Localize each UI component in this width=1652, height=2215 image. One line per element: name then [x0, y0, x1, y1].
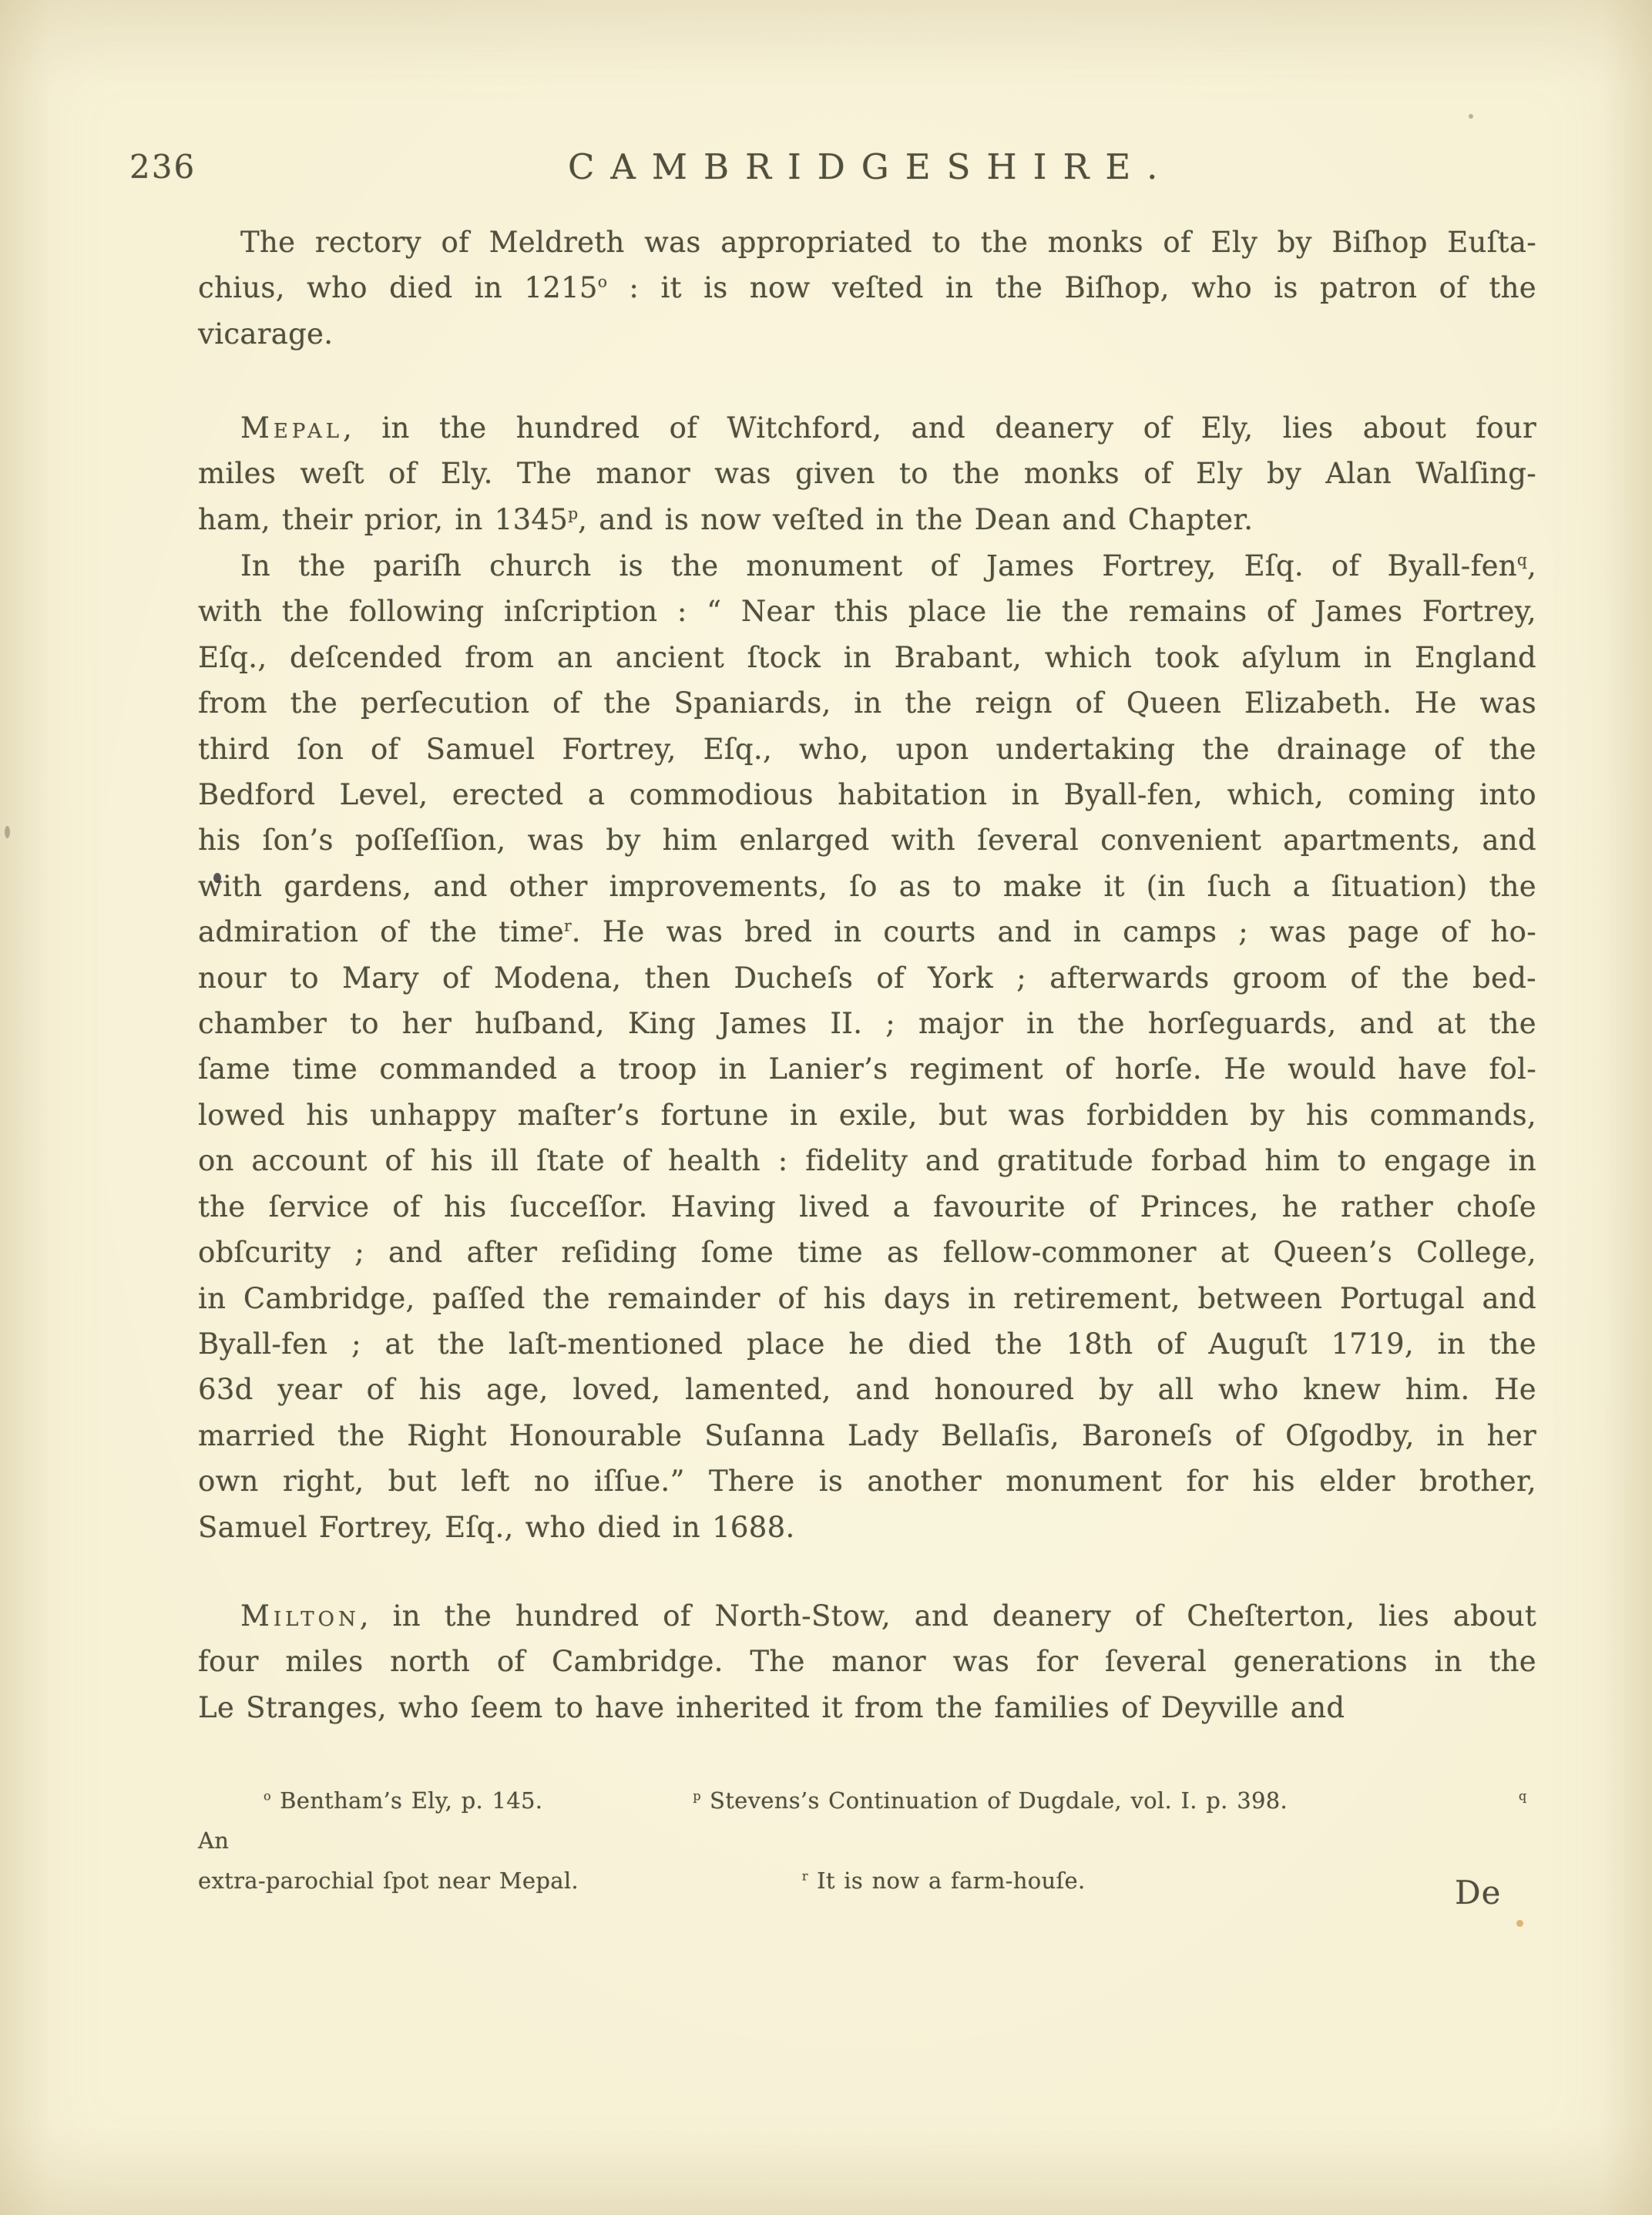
paragraph-mepal: Mepal, in the hundred of Witchford, and …	[198, 405, 1536, 542]
running-title: CAMBRIDGESHIRE.	[568, 146, 1174, 187]
ink-blot	[213, 873, 221, 883]
book-page: 236 CAMBRIDGESHIRE. The rectory of Meldr…	[0, 0, 1652, 2215]
paper-speck	[1469, 114, 1473, 119]
page-number: 236	[129, 148, 196, 186]
paragraph-meldreth-rectory: The rectory of Meldreth was appropriated…	[198, 220, 1536, 357]
scan-artifact	[5, 826, 10, 838]
paragraph-milton: Milton, in the hundred of North-Stow, an…	[198, 1593, 1536, 1730]
paper-stain	[1516, 1920, 1523, 1927]
paragraph-fortrey-monument: In the pariſh church is the monument of …	[198, 543, 1536, 1550]
catchword: De	[1455, 1874, 1502, 1911]
footnotes: o Bentham’s Ely, p. 145.p Stevens’s Cont…	[198, 1780, 1536, 1901]
